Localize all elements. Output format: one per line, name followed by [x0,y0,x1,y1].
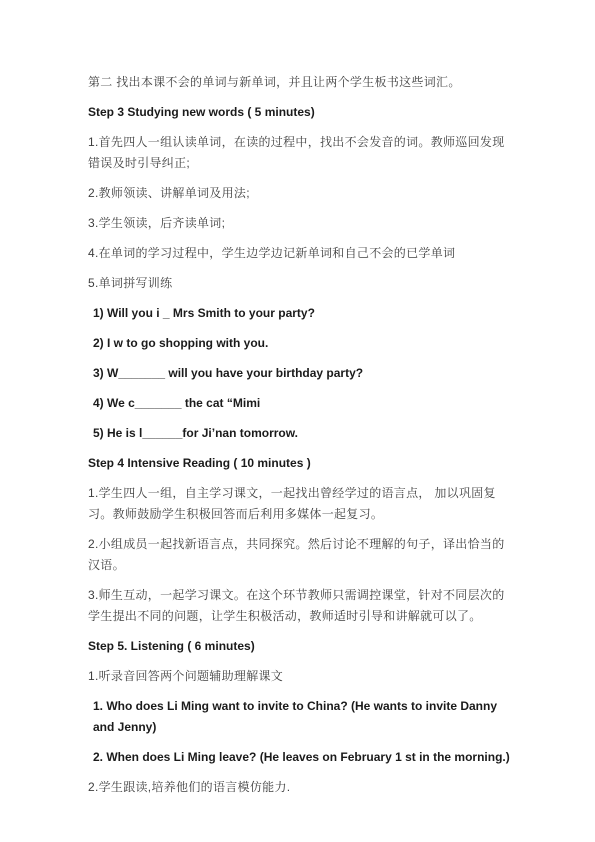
listening-question-1: 1. Who does Li Ming want to invite to Ch… [88,696,512,738]
step3-item-4: 4.在单词的学习过程中，学生边学边记新单词和自己不会的已学单词 [88,243,512,264]
spelling-exercise-5: 5) He is l______for Ji’nan tomorrow. [88,423,512,444]
step3-item-1: 1.首先四人一组认读单词，在读的过程中，找出不会发音的词。教师巡回发现错误及时引… [88,132,512,174]
step5-item-2: 2.学生跟读,培养他们的语言模仿能力. [88,777,512,798]
listening-question-2: 2. When does Li Ming leave? (He leaves o… [88,747,512,768]
step4-item-1: 1.学生四人一组，自主学习课文，一起找出曾经学过的语言点， 加以巩固复习。教师鼓… [88,483,512,525]
step3-item-5: 5.单词拼写训练 [88,273,512,294]
step4-heading: Step 4 Intensive Reading ( 10 minutes ) [88,453,512,474]
step3-item-2: 2.教师领读、讲解单词及用法; [88,183,512,204]
spelling-exercise-2: 2) I w to go shopping with you. [88,333,512,354]
step3-item-3: 3.学生领读，后齐读单词; [88,213,512,234]
spelling-exercise-3: 3) W_______ will you have your birthday … [88,363,512,384]
spelling-exercise-1: 1) Will you i _ Mrs Smith to your party? [88,303,512,324]
document-content: 第二 找出本课不会的单词与新单词，并且让两个学生板书这些词汇。 Step 3 S… [88,72,512,807]
document-page: 第二 找出本课不会的单词与新单词，并且让两个学生板书这些词汇。 Step 3 S… [0,0,595,842]
step3-heading: Step 3 Studying new words ( 5 minutes) [88,102,512,123]
step4-item-2: 2.小组成员一起找新语言点，共同探究。然后讨论不理解的句子，译出恰当的汉语。 [88,534,512,576]
step5-item-1: 1.听录音回答两个问题辅助理解课文 [88,666,512,687]
step4-item-3: 3.师生互动，一起学习课文。在这个环节教师只需调控课堂，针对不同层次的学生提出不… [88,585,512,627]
spelling-exercise-4: 4) We c_______ the cat “Mimi [88,393,512,414]
step5-heading: Step 5. Listening ( 6 minutes) [88,636,512,657]
intro-line: 第二 找出本课不会的单词与新单词，并且让两个学生板书这些词汇。 [88,72,512,93]
